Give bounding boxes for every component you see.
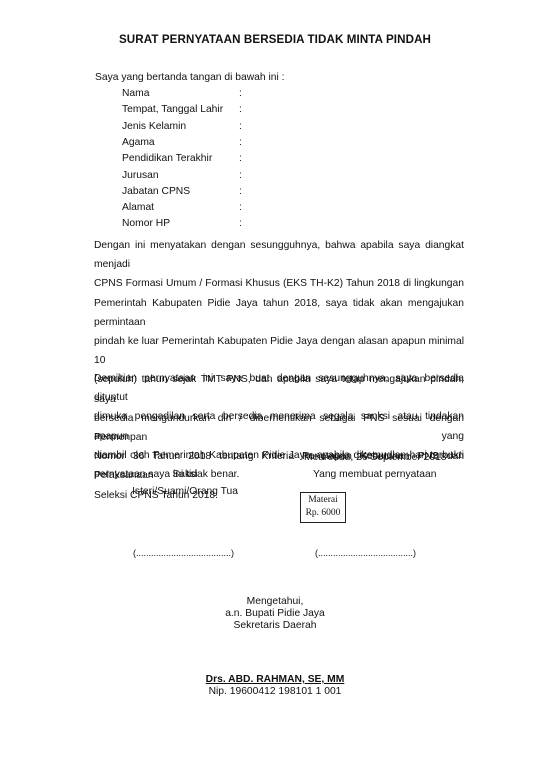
field-colon: : — [239, 202, 242, 213]
paragraph-line: dimuka pengadilan serta bersedia menerim… — [94, 407, 464, 445]
field-label: Pendidikan Terakhir — [122, 153, 212, 164]
field-label: Alamat — [122, 202, 154, 213]
field-label: Agama — [122, 137, 155, 148]
paragraph-line: Dengan ini menyatakan dengan sesungguhny… — [94, 236, 464, 274]
approval-line-1: Mengetahui, — [0, 596, 550, 607]
closing-paragraph: Demikian pernyataan ini saya buat dengan… — [94, 369, 464, 484]
paragraph-line: Pemerintah Kabupaten Pidie Jaya tahun 20… — [94, 294, 464, 332]
paragraph-line: CPNS Formasi Umum / Formasi Khusus (EKS … — [94, 274, 464, 293]
official-nip: Nip. 19600412 198101 1 001 — [0, 686, 550, 697]
field-label: Nama — [122, 88, 149, 99]
declarant-signature-line: (......................................) — [315, 548, 416, 558]
field-label: Jurusan — [122, 170, 159, 181]
field-colon: : — [239, 186, 242, 197]
field-colon: : — [239, 218, 242, 229]
paragraph-line: Demikian pernyataan ini saya buat dengan… — [94, 369, 464, 407]
witness-signature-line: (......................................) — [133, 548, 234, 558]
witness-subtitle: Isteri/Suami/Orang Tua — [100, 486, 270, 497]
stamp-value: Rp. 6000 — [301, 507, 345, 520]
field-label: Jabatan CPNS — [122, 186, 190, 197]
official-name: Drs. ABD. RAHMAN, SE, MM — [0, 674, 550, 685]
field-label: Nomor HP — [122, 218, 170, 229]
document-title: SURAT PERNYATAAN BERSEDIA TIDAK MINTA PI… — [0, 33, 550, 46]
field-colon: : — [239, 88, 242, 99]
field-colon: : — [239, 137, 242, 148]
field-colon: : — [239, 170, 242, 181]
field-colon: : — [239, 153, 242, 164]
field-label: Tempat, Tanggal Lahir — [122, 104, 223, 115]
stamp-box: Materai Rp. 6000 — [300, 492, 346, 523]
declarant-title: Yang membuat pernyataan — [313, 469, 436, 480]
approval-line-2: a.n. Bupati Pidie Jaya — [0, 608, 550, 619]
intro-text: Saya yang bertanda tangan di bawah ini : — [95, 72, 285, 83]
approval-line-3: Sekretaris Daerah — [0, 620, 550, 631]
place-date: Meureudu, 26 September 2018 — [304, 452, 447, 463]
field-colon: : — [239, 121, 242, 132]
paragraph-line: pindah ke luar Pemerintah Kabupaten Pidi… — [94, 332, 464, 370]
field-colon: : — [239, 104, 242, 115]
stamp-label: Materai — [301, 494, 345, 507]
field-label: Jenis Kelamin — [122, 121, 186, 132]
witness-title: Saksi — [100, 469, 270, 480]
